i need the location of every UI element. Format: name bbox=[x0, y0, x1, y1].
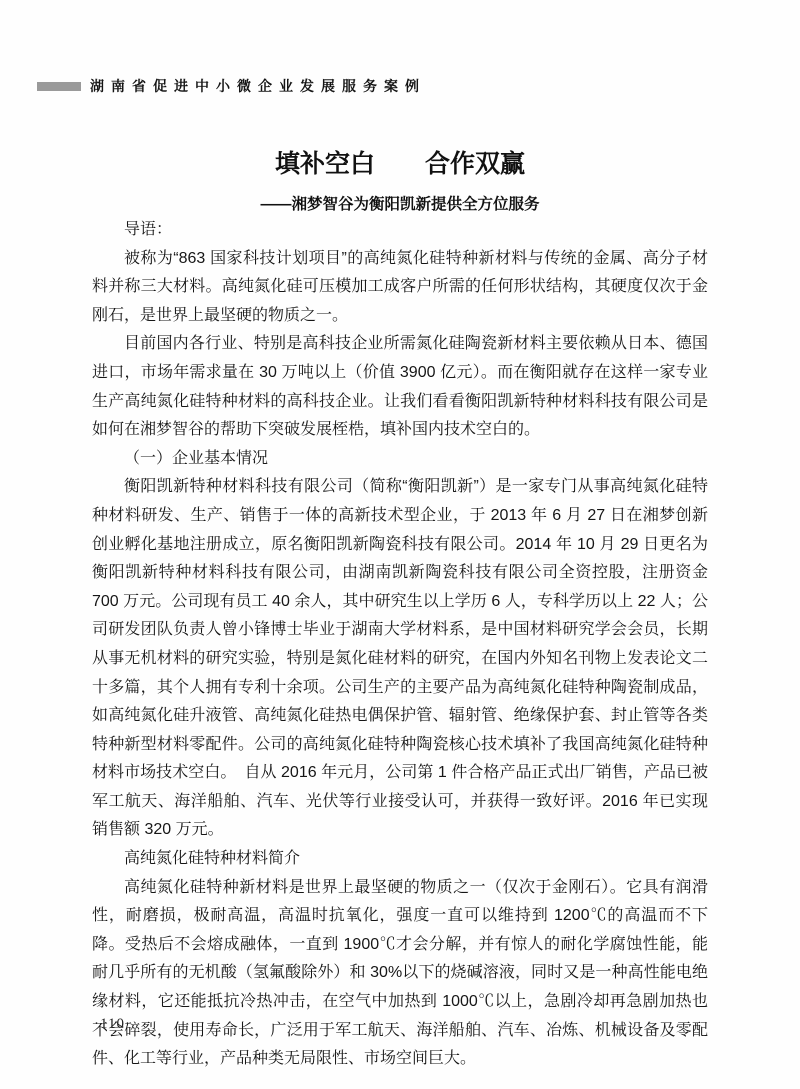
section-heading-material-intro: 高纯氮化硅特种材料简介 bbox=[92, 845, 708, 874]
document-page: 湖南省促进中小微企业发展服务案例 填补空白 合作双赢 ——湘梦智谷为衡阳凯新提供… bbox=[0, 0, 800, 1089]
lead-label: 导语： bbox=[92, 216, 708, 245]
paragraph-material-intro: 高纯氮化硅特种新材料是世界上最坚硬的物质之一（仅次于金刚石）。它具有润滑性，耐磨… bbox=[92, 874, 708, 1074]
paragraph-lead-2: 目前国内各行业、特别是高科技企业所需氮化硅陶瓷新材料主要依赖从日本、德国进口，市… bbox=[92, 330, 708, 444]
header-bar-icon bbox=[37, 82, 81, 91]
article-body: 填补空白 合作双赢 ——湘梦智谷为衡阳凯新提供全方位服务 导语： 被称为“863… bbox=[92, 147, 708, 1074]
paragraph-company-overview: 衡阳凯新特种材料科技有限公司（简称“衡阳凯新”）是一家专门从事高纯氮化硅特种材料… bbox=[92, 473, 708, 845]
page-number: ·110· bbox=[94, 1016, 131, 1033]
paragraph-lead-1: 被称为“863 国家科技计划项目”的高纯氮化硅特种新材料与传统的金属、高分子材料… bbox=[92, 245, 708, 331]
section-heading-company-overview: （一）企业基本情况 bbox=[92, 445, 708, 474]
article-subtitle: ——湘梦智谷为衡阳凯新提供全方位服务 bbox=[92, 194, 708, 216]
running-header-title: 湖南省促进中小微企业发展服务案例 bbox=[90, 76, 426, 96]
article-title: 填补空白 合作双赢 bbox=[92, 147, 708, 181]
page-header: 湖南省促进中小微企业发展服务案例 bbox=[37, 76, 426, 96]
